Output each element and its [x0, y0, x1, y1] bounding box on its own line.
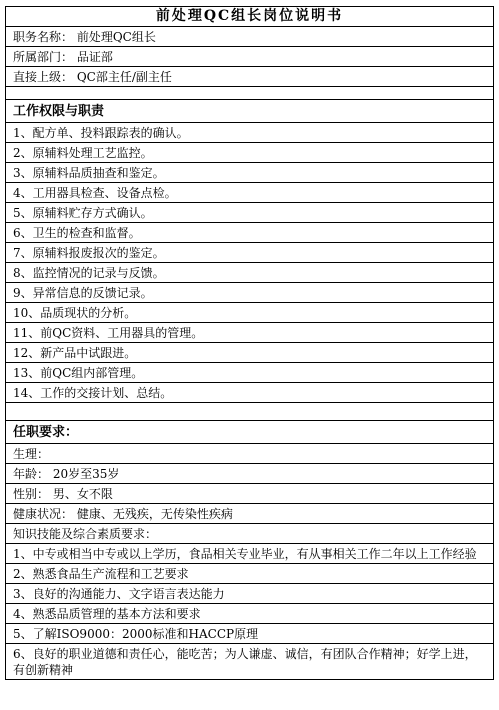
duty-item-6: 6、卫生的检查和监督。 — [6, 222, 493, 242]
duty-item-12: 12、新产品中试跟进。 — [6, 342, 493, 362]
req-knowledge-header: 知识技能及综合素质要求： — [6, 523, 493, 543]
req-physical: 生理： — [6, 443, 493, 463]
section-requirements-title: 任职要求： — [6, 420, 493, 443]
req-health: 健康状况： 健康、无残疾，无传染性疾病 — [6, 503, 493, 523]
duty-item-1: 1、配方单、投料跟踪表的确认。 — [6, 122, 493, 142]
document-page: 前处理QC组长岗位说明书 职务名称： 前处理QC组长 所属部门： 品证部 直接上… — [0, 0, 499, 710]
knowledge-item-1: 1、中专或相当中专或以上学历，食品相关专业毕业，有从事相关工作二年以上工作经验 — [6, 543, 493, 563]
duty-item-9: 9、异常信息的反馈记录。 — [6, 282, 493, 302]
duty-item-13: 13、前QC组内部管理。 — [6, 362, 493, 382]
duty-item-10: 10、品质现状的分析。 — [6, 302, 493, 322]
document-title: 前处理QC组长岗位说明书 — [6, 7, 493, 26]
spacer-row — [6, 86, 493, 99]
knowledge-item-2: 2、熟悉食品生产流程和工艺要求 — [6, 563, 493, 583]
section-duties-title: 工作权限与职责 — [6, 99, 493, 122]
job-description-table: 前处理QC组长岗位说明书 职务名称： 前处理QC组长 所属部门： 品证部 直接上… — [5, 6, 494, 680]
duty-item-5: 5、原辅料贮存方式确认。 — [6, 202, 493, 222]
knowledge-item-4: 4、熟悉品质管理的基本方法和要求 — [6, 603, 493, 623]
knowledge-item-3: 3、良好的沟通能力、文字语言表达能力 — [6, 583, 493, 603]
duty-item-3: 3、原辅料品质抽查和鉴定。 — [6, 162, 493, 182]
req-gender: 性别： 男、女不限 — [6, 483, 493, 503]
field-supervisor: 直接上级： QC部主任/副主任 — [6, 66, 493, 86]
field-department: 所属部门： 品证部 — [6, 46, 493, 66]
req-age: 年龄： 20岁至35岁 — [6, 463, 493, 483]
duty-item-8: 8、监控情况的记录与反馈。 — [6, 262, 493, 282]
duty-item-4: 4、工用器具检查、设备点检。 — [6, 182, 493, 202]
duty-item-11: 11、前QC资料、工用器具的管理。 — [6, 322, 493, 342]
duty-item-2: 2、原辅料处理工艺监控。 — [6, 142, 493, 162]
duty-item-14: 14、工作的交接计划、总结。 — [6, 382, 493, 402]
field-job-name: 职务名称： 前处理QC组长 — [6, 26, 493, 46]
spacer-row — [6, 402, 493, 420]
knowledge-item-5: 5、了解ISO9000：2000标准和HACCP原理 — [6, 623, 493, 643]
duty-item-7: 7、原辅料报废报次的鉴定。 — [6, 242, 493, 262]
knowledge-item-6: 6、良好的职业道德和责任心，能吃苦；为人谦虚、诚信，有团队合作精神；好学上进，有… — [6, 643, 493, 679]
